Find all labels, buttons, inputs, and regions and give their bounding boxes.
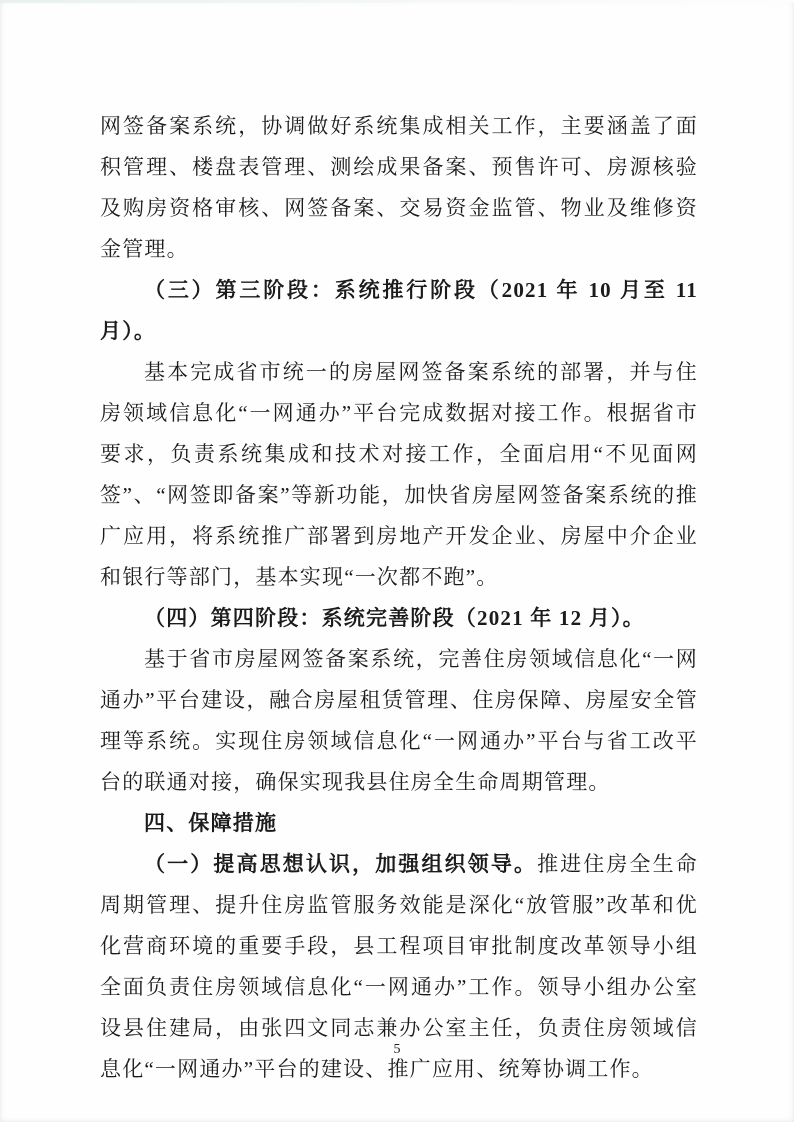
paragraph-continuation: 网签备案系统，协调做好系统集成相关工作，主要涵盖了面积管理、楼盘表管理、测绘成果… [100, 106, 698, 270]
page-number: 5 [0, 1040, 794, 1060]
scan-edge-artifact [0, 0, 794, 3]
document-body: 网签备案系统，协调做好系统集成相关工作，主要涵盖了面积管理、楼盘表管理、测绘成果… [100, 106, 698, 1090]
heading-stage-four: （四）第四阶段：系统完善阶段（2021 年 12 月）。 [100, 598, 698, 639]
heading-section-four-safeguards: 四、保障措施 [100, 803, 698, 844]
paragraph-stage-three: 基本完成省市统一的房屋网签备案系统的部署，并与住房领域信息化“一网通办”平台完成… [100, 352, 698, 598]
paragraph-stage-four: 基于省市房屋网签备案系统，完善住房领域信息化“一网通办”平台建设，融合房屋租赁管… [100, 639, 698, 803]
document-page: 网签备案系统，协调做好系统集成相关工作，主要涵盖了面积管理、楼盘表管理、测绘成果… [0, 0, 794, 1122]
heading-stage-three: （三）第三阶段：系统推行阶段（2021 年 10 月至 11 月）。 [100, 270, 698, 352]
paragraph-bold-lead: （一）提高思想认识，加强组织领导。 [144, 852, 537, 876]
